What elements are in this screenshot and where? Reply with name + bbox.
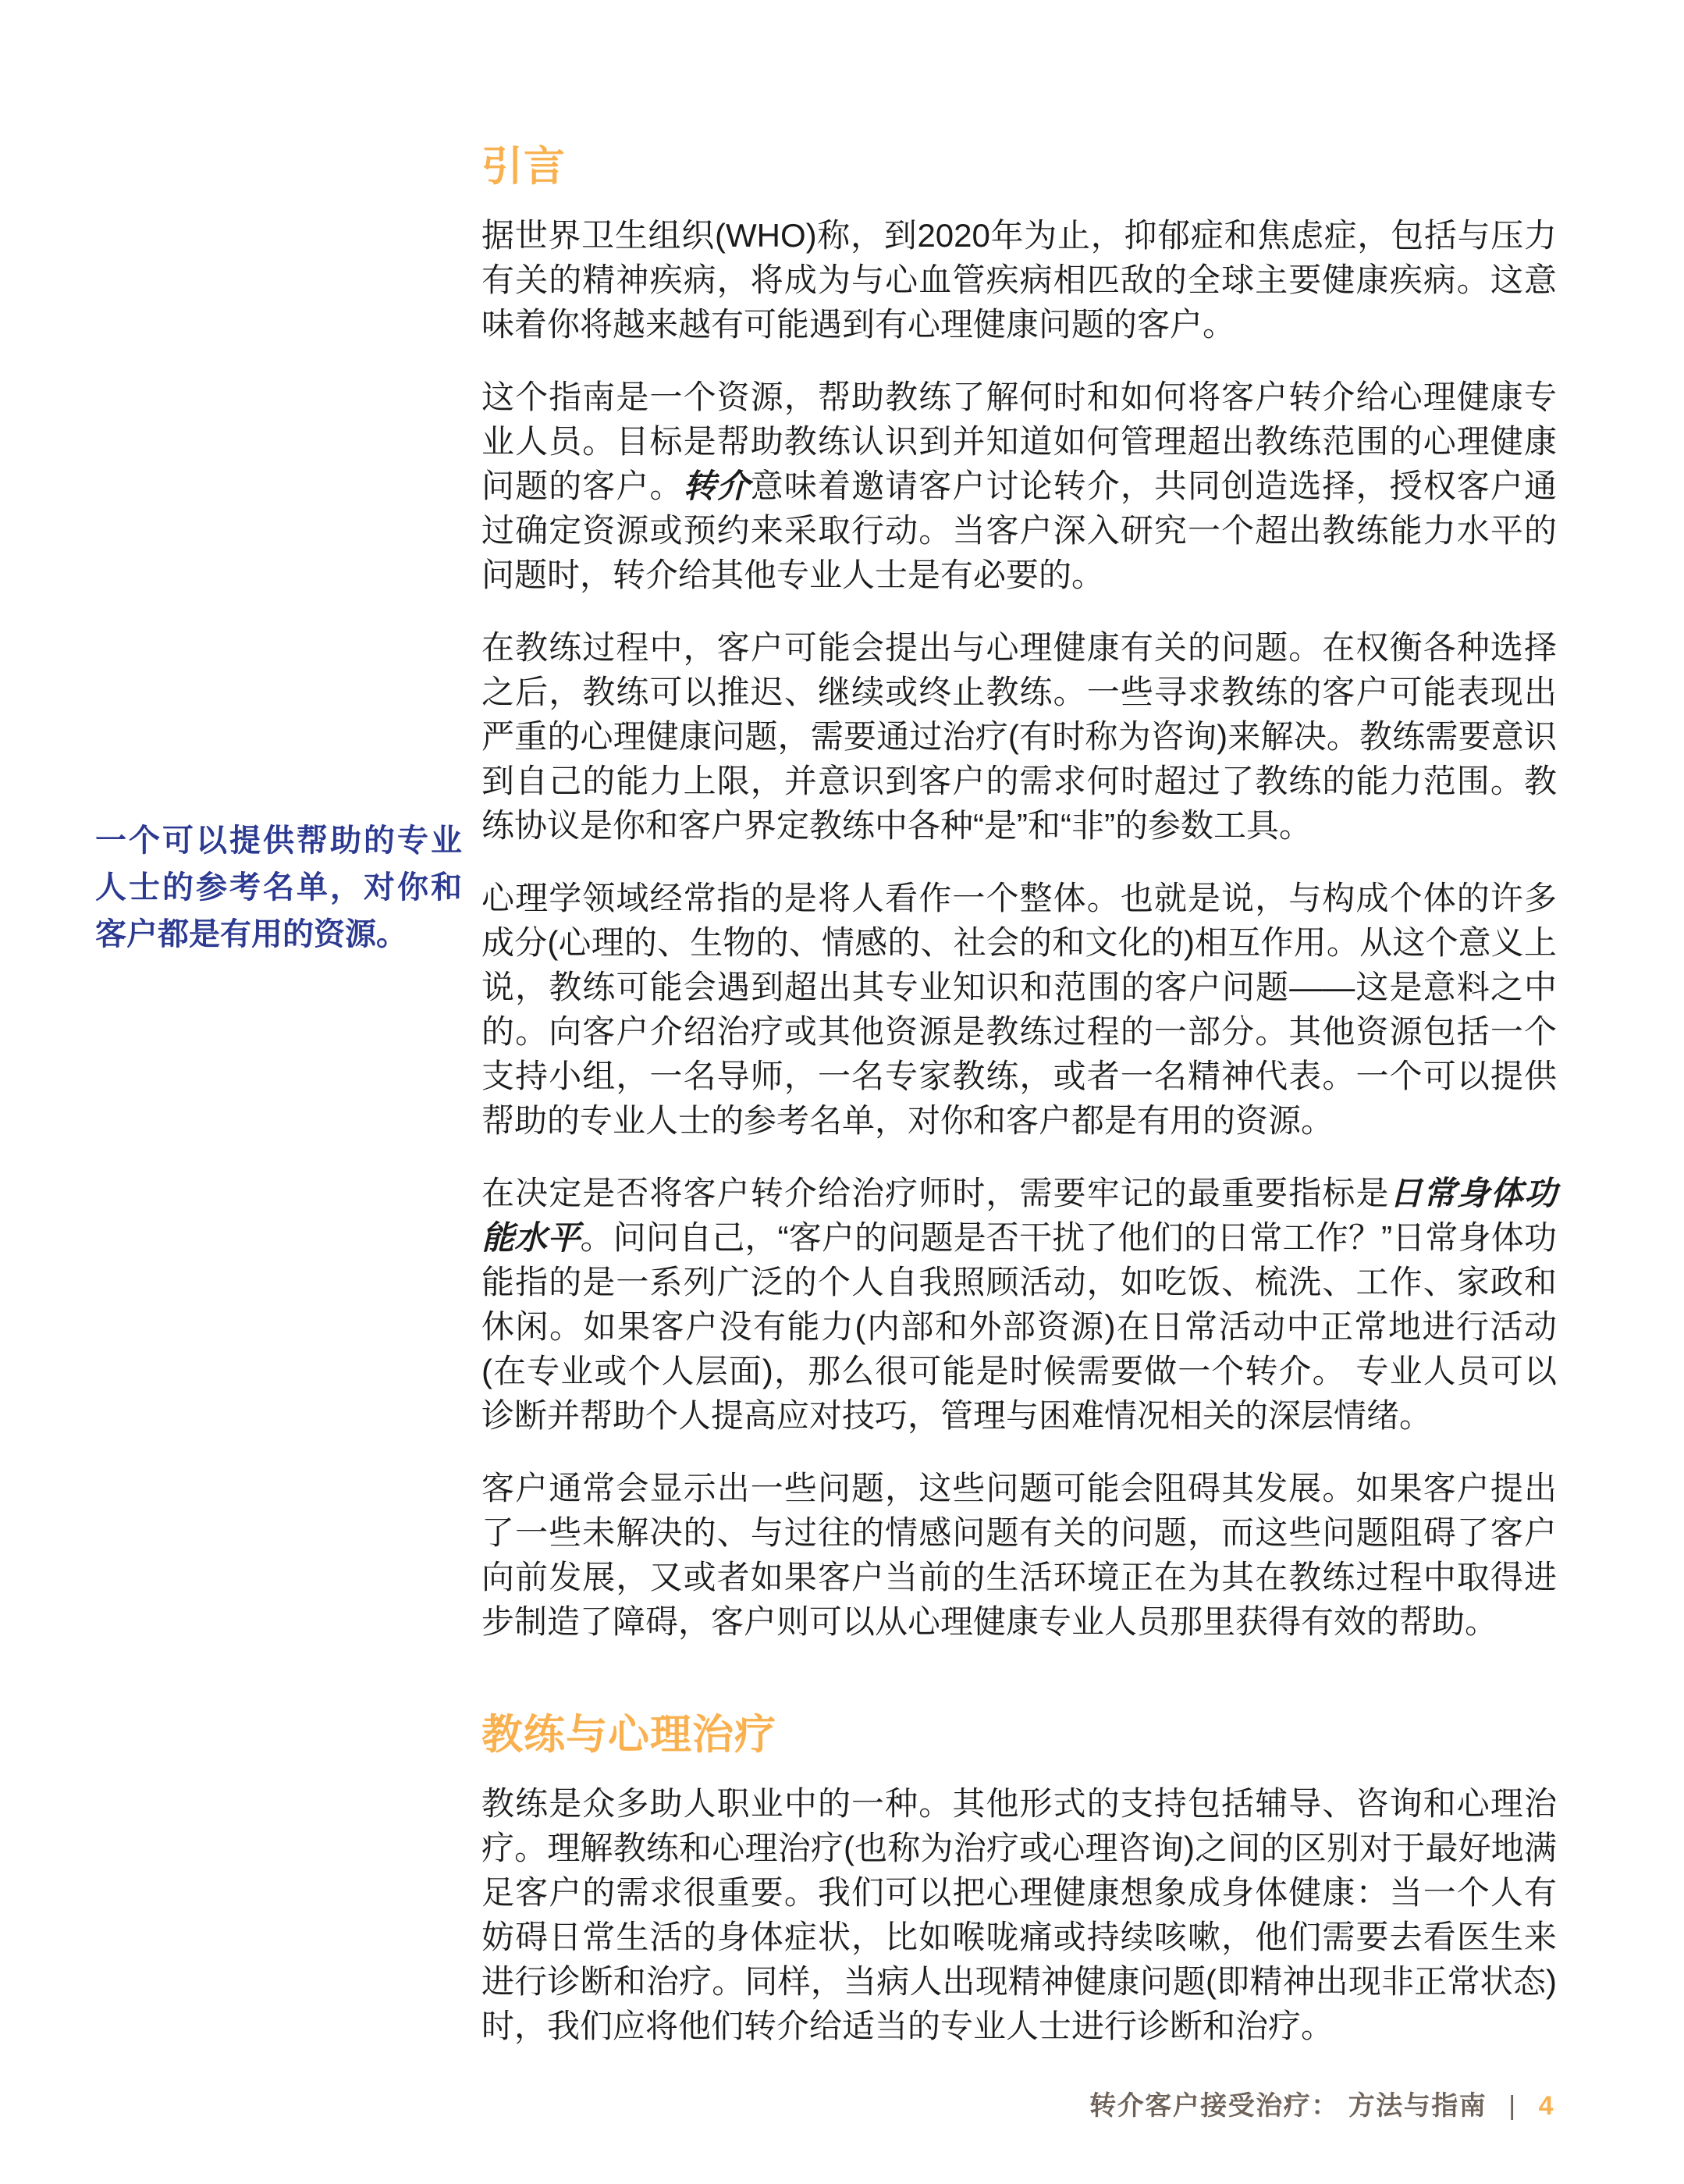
margin-pull-quote: 一个可以提供帮助的专业人士的参考名单，对你和客户都是有用的资源。 (95, 817, 462, 958)
main-text-column: 引言 据世界卫生组织(WHO)称，到2020年为止，抑郁症和焦虑症，包括与压力有… (481, 146, 1557, 2048)
paragraph-coaching-1: 教练是众多助人职业中的一种。其他形式的支持包括辅导、咨询和心理治疗。理解教练和心… (481, 1781, 1557, 2048)
paragraph-intro-5: 在决定是否将客户转介给治疗师时，需要牢记的最重要指标是日常身体功能水平。问问自己… (481, 1171, 1557, 1438)
paragraph-intro-6: 客户通常会显示出一些问题，这些问题可能会阻碍其发展。如果客户提出了一些未解决的、… (481, 1466, 1557, 1644)
document-page: 一个可以提供帮助的专业人士的参考名单，对你和客户都是有用的资源。 引言 据世界卫… (0, 0, 1684, 2184)
footer-doc-subtitle: 方法与指南 (1348, 2090, 1487, 2122)
section-heading-intro: 引言 (481, 146, 1557, 188)
footer-page-number: 4 (1539, 2090, 1554, 2122)
text-run: 。问问自己，“客户的问题是否干扰了他们的日常工作？”日常身体功能指的是一系列广泛… (481, 1219, 1557, 1434)
paragraph-intro-3: 在教练过程中，客户可能会提出与心理健康有关的问题。在权衡各种选择之后，教练可以推… (481, 625, 1557, 848)
text-run: 在决定是否将客户转介给治疗师时，需要牢记的最重要指标是 (481, 1175, 1390, 1211)
section-heading-coaching-vs-therapy: 教练与心理治疗 (481, 1714, 1557, 1756)
emphasis-term-referral: 转介 (684, 468, 751, 504)
footer-doc-title: 转介客户接受治疗： (1089, 2090, 1339, 2122)
paragraph-intro-2: 这个指南是一个资源，帮助教练了解何时和如何将客户转介给心理健康专业人员。目标是帮… (481, 375, 1557, 597)
paragraph-intro-4: 心理学领域经常指的是将人看作一个整体。也就是说，与构成个体的许多成分(心理的、生… (481, 876, 1557, 1143)
paragraph-intro-1: 据世界卫生组织(WHO)称，到2020年为止，抑郁症和焦虑症，包括与压力有关的精… (481, 213, 1557, 347)
page-footer: 转介客户接受治疗： 方法与指南 | 4 (1089, 2090, 1554, 2122)
footer-separator: | (1508, 2090, 1516, 2122)
